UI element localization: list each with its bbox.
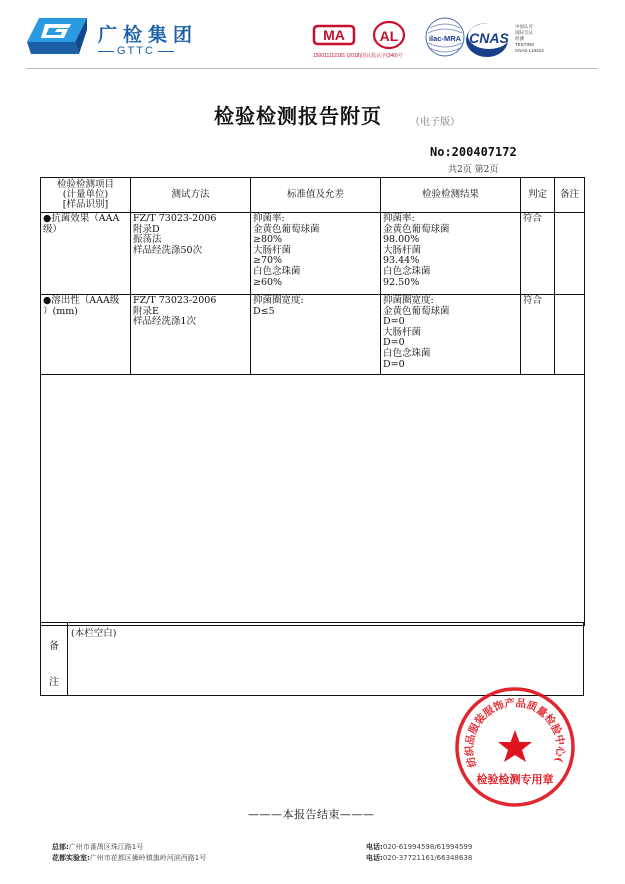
cell-standard: 抑菌率:金黄色葡萄球菌≥80%大肠杆菌≥70%白色念珠菌≥60% [251,213,381,295]
cell-line: 白色念珠菌 [383,349,518,360]
remarks-label-top: 备 [41,637,67,652]
lab-address: 广州市花都区狮岭镇旗岭河滨西路1号 [90,854,206,862]
lab-label: 花都实验室: [52,854,90,862]
cell-remark [555,213,585,295]
cell-line: 92.50% [383,278,518,289]
blank-area [41,375,585,626]
header-item: 检验检测项目 (计量单位) [样品识别] [41,178,131,213]
cnas-caption-line: CNAS L10314 [515,48,544,54]
brand-line-right [158,51,174,52]
hq-address: 广州市番禺区珠江路1号 [69,843,143,851]
svg-text:AL: AL [380,28,399,44]
cell-remark [555,295,585,375]
cell-line: ●溶出性（AAA级 [43,296,128,307]
svg-text:检验检测专用章: 检验检测专用章 [477,772,554,786]
cell-line: 样品经洗涤1次 [133,317,248,328]
cell-line: 白色念珠菌 [253,267,378,278]
brand-line-left [98,51,114,52]
cell-line: D≤5 [253,307,378,318]
report-end-marker: ———本报告结束——— [248,806,375,822]
cell-line: FZ/T 73023-2006 [133,296,248,307]
header-line: [样品识别] [43,200,128,210]
cell-judgement: 符合 [521,295,555,375]
remarks-label: 备 注 [41,623,68,696]
phone-label: 电话: [366,843,383,851]
header-divider [26,68,598,69]
cell-line: 抑菌圈宽度: [253,296,378,307]
official-seal-icon: 国家纺织品服装服饰产品质量检验中心(广州) 检验检测专用章 [454,686,576,808]
cell-line: 符合 [523,296,552,307]
cell-line: 白色念珠菌 [383,267,518,278]
cert-numbers: 150011112181 (2018)国认监认字(340)号 [313,52,403,59]
hq-label: 总部: [52,843,69,851]
remarks-content: (本栏空白) [68,623,584,696]
header-remark: 备注 [555,178,585,213]
cell-line: ≥60% [253,278,378,289]
hq-phone: 020-61994598/61994599 [383,843,473,851]
table-row: ●溶出性（AAA级）(mm)FZ/T 73023-2006附录E样品经洗涤1次抑… [41,295,585,375]
brand-name-cn: 广检集团 [98,20,198,47]
blank-row [41,375,585,626]
svg-text:ilac-MRA: ilac-MRA [429,34,462,43]
brand-name-en: GTTC [98,45,174,57]
cell-method: FZ/T 73023-2006附录D振荡法样品经洗涤50次 [131,213,251,295]
footer-phones: 电话:020-61994598/61994599 电话:020-37721161… [366,842,472,864]
header-method: 测试方法 [131,178,251,213]
ilac-mra-icon: ilac-MRA [424,16,466,58]
header-judgement: 判定 [521,178,555,213]
table-row: ●抗菌效果（AAA级）FZ/T 73023-2006附录D振荡法样品经洗涤50次… [41,213,585,295]
cell-item: ●溶出性（AAA级）(mm) [41,295,131,375]
footer-addresses: 总部:广州市番禺区珠江路1号 花都实验室:广州市花都区狮岭镇旗岭河滨西路1号 [52,842,206,864]
page-title: 检验检测报告附页 [214,100,382,129]
header-result: 检验检测结果 [381,178,521,213]
report-number: No:200407172 [430,145,517,159]
cell-line: 抑菌圈宽度: [383,296,518,307]
edition-label: （电子版） [410,113,460,128]
cell-line: 抑菌率: [253,214,378,225]
cell-line: 符合 [523,214,552,225]
cell-line: 级） [43,225,128,236]
gttc-logo-icon [27,18,87,54]
cell-line: 抑菌率: [383,214,518,225]
svg-text:CNAS: CNAS [469,30,509,46]
cell-result: 抑菌圈宽度:金黄色葡萄球菌D=0大肠杆菌D=0白色念珠菌D=0 [381,295,521,375]
cell-line: D=0 [383,360,518,371]
cma-cert-icon: MA [312,24,356,46]
remarks-label-bottom: 注 [41,673,67,688]
cell-line: FZ/T 73023-2006 [133,214,248,225]
svg-text:MA: MA [323,27,345,43]
cell-method: FZ/T 73023-2006附录E样品经洗涤1次 [131,295,251,375]
table-header-row: 检验检测项目 (计量单位) [样品识别] 测试方法 标准值及允差 检验检测结果 … [41,178,585,213]
cnas-icon: CNAS [465,18,515,58]
cell-line: ●抗菌效果（AAA [43,214,128,225]
lab-phone: 020-37721161/66348638 [383,854,473,862]
cell-judgement: 符合 [521,213,555,295]
cell-standard: 抑菌圈宽度:D≤5 [251,295,381,375]
remarks-table: 备 注 (本栏空白) [40,622,584,696]
results-table: 检验检测项目 (计量单位) [样品识别] 测试方法 标准值及允差 检验检测结果 … [40,177,585,626]
cnas-caption: 中国认可 国际互认 检测 TESTING CNAS L10314 [515,24,544,54]
brand-abbr: GTTC [117,45,155,57]
header-standard: 标准值及允差 [251,178,381,213]
cell-line: 样品经洗涤50次 [133,246,248,257]
page-info: 共2页 第2页 [448,162,498,175]
cell-item: ●抗菌效果（AAA级） [41,213,131,295]
cal-cert-icon: AL [372,20,406,50]
cell-result: 抑菌率:金黄色葡萄球菌98.00%大肠杆菌93.44%白色念珠菌92.50% [381,213,521,295]
cell-line: ）(mm) [43,307,128,318]
phone-label: 电话: [366,854,383,862]
